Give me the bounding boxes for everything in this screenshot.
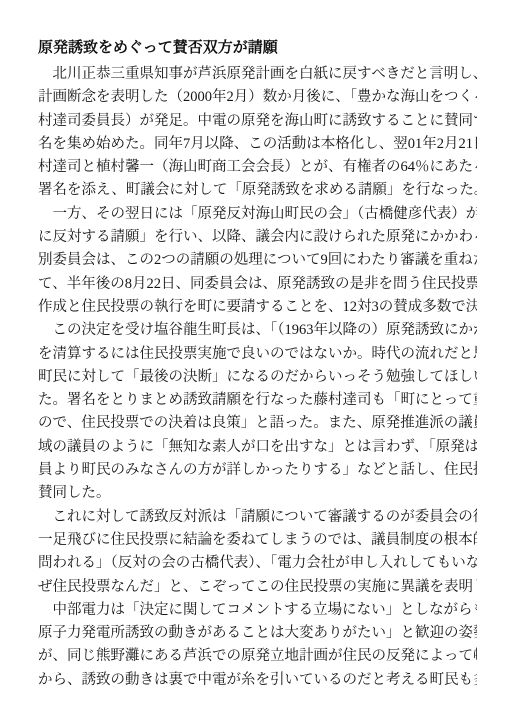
paragraph-1: 北川正恭三重県知事が芦浜原発計画を白紙に戻すべきだと言明し、中部電力が計画断念を… [38, 63, 477, 203]
text-line: ので、住民投票での決着は良策」と語った。また、原発推進派の議員たちも他地 [38, 412, 477, 435]
text-line: 作成と住民投票の執行を町に要請することを、12対3の賛成多数で決めた。 [38, 296, 477, 319]
paragraph-3: この決定を受け塩谷龍生町長は、「（1963年以降の）原発誘致にかかわる歴史を清算… [38, 319, 477, 505]
text-line: から、誘致の動きは裏で中電が糸を引いているのだと考える町民も多かった。 [38, 669, 477, 692]
text-line: ぜ住民投票なんだ」と、こぞってこの住民投票の実施に異議を表明した。 [38, 576, 477, 599]
text-line: が、同じ熊野灘にある芦浜での原発立地計画が住民の反発によって頓挫したこと [38, 645, 477, 668]
text-line: 北川正恭三重県知事が芦浜原発計画を白紙に戻すべきだと言明し、中部電力が [38, 63, 477, 86]
text-line: 村達司委員長）が発足。中電の原発を海山町に誘致することに賛同する町民の署 [38, 110, 477, 133]
document-body: 北川正恭三重県知事が芦浜原発計画を白紙に戻すべきだと言明し、中部電力が計画断念を… [38, 63, 477, 692]
text-line: 名を集め始めた。同年7月以降、この活動は本格化し、翌01年2月21日、藤 [38, 133, 477, 156]
paragraph-5: 中部電力は「決定に関してコメントする立場にない」としながらも「地元から原子力発電… [38, 599, 477, 692]
text-line: これに対して誘致反対派は「請願について審議するのが委員会の役目なのに、 [38, 506, 477, 529]
text-line: 賛同した。 [38, 482, 477, 505]
document-heading: 原発誘致をめぐって賛否双方が請願 [38, 40, 477, 56]
document-page: 原発誘致をめぐって賛否双方が請願 北川正恭三重県知事が芦浜原発計画を白紙に戻すべ… [0, 0, 513, 708]
text-line: 一方、その翌日には「原発反対海山町民の会」（古橋健彦代表）が「原発誘致 [38, 203, 477, 226]
paragraph-4: これに対して誘致反対派は「請願について審議するのが委員会の役目なのに、一足飛びに… [38, 506, 477, 599]
text-line: 計画断念を表明した（2000年2月）数か月後に、「豊かな海山をつくる会」（藤 [38, 86, 477, 109]
text-line: て、半年後の8月22日、同委員会は、原発誘致の是非を問う住民投票条例案の [38, 273, 477, 296]
text-line: 一足飛びに住民投票に結論を委ねてしまうのでは、議員制度の根本的なあり方が [38, 529, 477, 552]
text-line: た。署名をとりまとめ誘致請願を行なった藤村達司も「町にとって重大な問題な [38, 389, 477, 412]
text-line: 問われる」（反対の会の古橋代表）、「電力会社が申し入れしてもいないのに、な [38, 552, 477, 575]
text-line: 域の議員のように「無知な素人が口を出すな」とは言わず、「原発はわれわれ議 [38, 436, 477, 459]
text-line: 中部電力は「決定に関してコメントする立場にない」としながらも「地元から [38, 599, 477, 622]
text-line: 署名を添え、町議会に対して「原発誘致を求める請願」を行なった。 [38, 179, 477, 202]
text-line: に反対する請願」を行い、以降、議会内に設けられた原発にかかわる請願審査特 [38, 226, 477, 249]
text-line: 原子力発電所誘致の動きがあることは大変ありがたい」と歓迎の姿勢を見せた [38, 622, 477, 645]
text-line: 町民に対して「最後の決断」になるのだからいっそう勉強してほしいと呼びかけ [38, 366, 477, 389]
text-line: 別委員会は、この2つの請願の処理について9回にわたり審議を重ねた。そし [38, 249, 477, 272]
text-line: 村達司と植村馨一（海山町商工会会長）とが、有権者の64％にあたる5,606筆の [38, 156, 477, 179]
text-line: 員より町民のみなさんの方が詳しかったりする」などと話し、住民投票の実施に [38, 459, 477, 482]
paragraph-2: 一方、その翌日には「原発反対海山町民の会」（古橋健彦代表）が「原発誘致に反対する… [38, 203, 477, 319]
text-line: を清算するには住民投票実施で良いのではないか。時代の流れだと思う」と述べ、 [38, 343, 477, 366]
text-line: この決定を受け塩谷龍生町長は、「（1963年以降の）原発誘致にかかわる歴史 [38, 319, 477, 342]
